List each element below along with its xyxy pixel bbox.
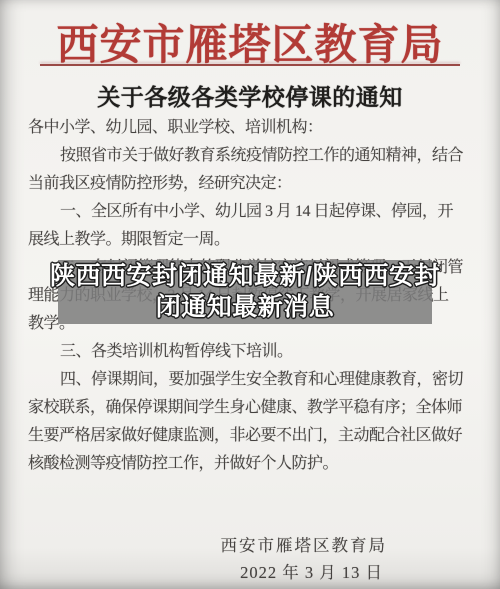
signature-date: 2022 年 3 月 13 日 (240, 559, 383, 583)
title-divider (40, 64, 460, 66)
watermark-caption-line2: 闭通知最新消息 (156, 292, 335, 323)
notice-document-photo: 西安市雁塔区教育局 关于各级各类学校停课的通知 各中小学、幼儿园、职业学校、培训… (0, 0, 500, 589)
salutation-line: 各中小学、幼儿园、职业学校、培训机构： (28, 114, 474, 142)
doc-line: 核酸检测等疫情防控工作，并做好个人防护。 (28, 450, 474, 478)
doc-line: 展线上教学。期限暂定一周。 (28, 226, 474, 254)
doc-line: 家校联系，确保停课期间学生身心健康、教学平稳有序；全体师 (28, 394, 474, 422)
doc-line: 当前我区疫情防控形势，经研究决定： (28, 170, 474, 198)
doc-line: 按照省市关于做好教育系统疫情防控工作的通知精神，结合 (28, 142, 474, 170)
doc-line-item-1: 一、全区所有中小学、幼儿园 3 月 14 日起停课、停园，开 (28, 198, 474, 226)
doc-line-item-3: 三、各类培训机构暂停线下培训。 (28, 338, 474, 366)
doc-line-item-4: 四、停课期间，要加强学生安全教育和心理健康教育，密切 (28, 366, 474, 394)
doc-line: 生要严格居家做好健康监测，非必要不出门，主动配合社区做好 (28, 422, 474, 450)
agency-title: 西安市雁塔区教育局 (0, 12, 500, 72)
notice-title: 关于各级各类学校停课的通知 (0, 79, 500, 112)
signature-agency: 西安市雁塔区教育局 (221, 532, 388, 556)
watermark-caption-line1: 陕西西安封闭通知最新/陕西西安封 (50, 261, 440, 292)
watermark-caption-banner: 陕西西安封闭通知最新/陕西西安封 闭通知最新消息 (58, 260, 432, 324)
